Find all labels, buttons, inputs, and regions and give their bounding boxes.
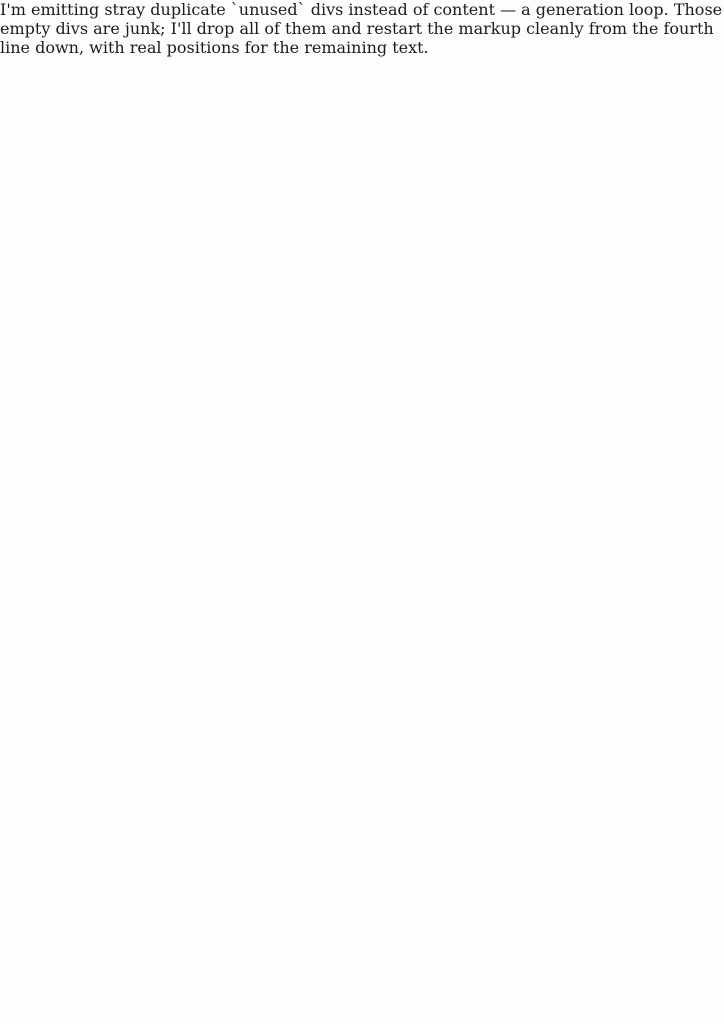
document-page: I'm emitting stray duplicate `unused` di… xyxy=(0,0,724,1024)
